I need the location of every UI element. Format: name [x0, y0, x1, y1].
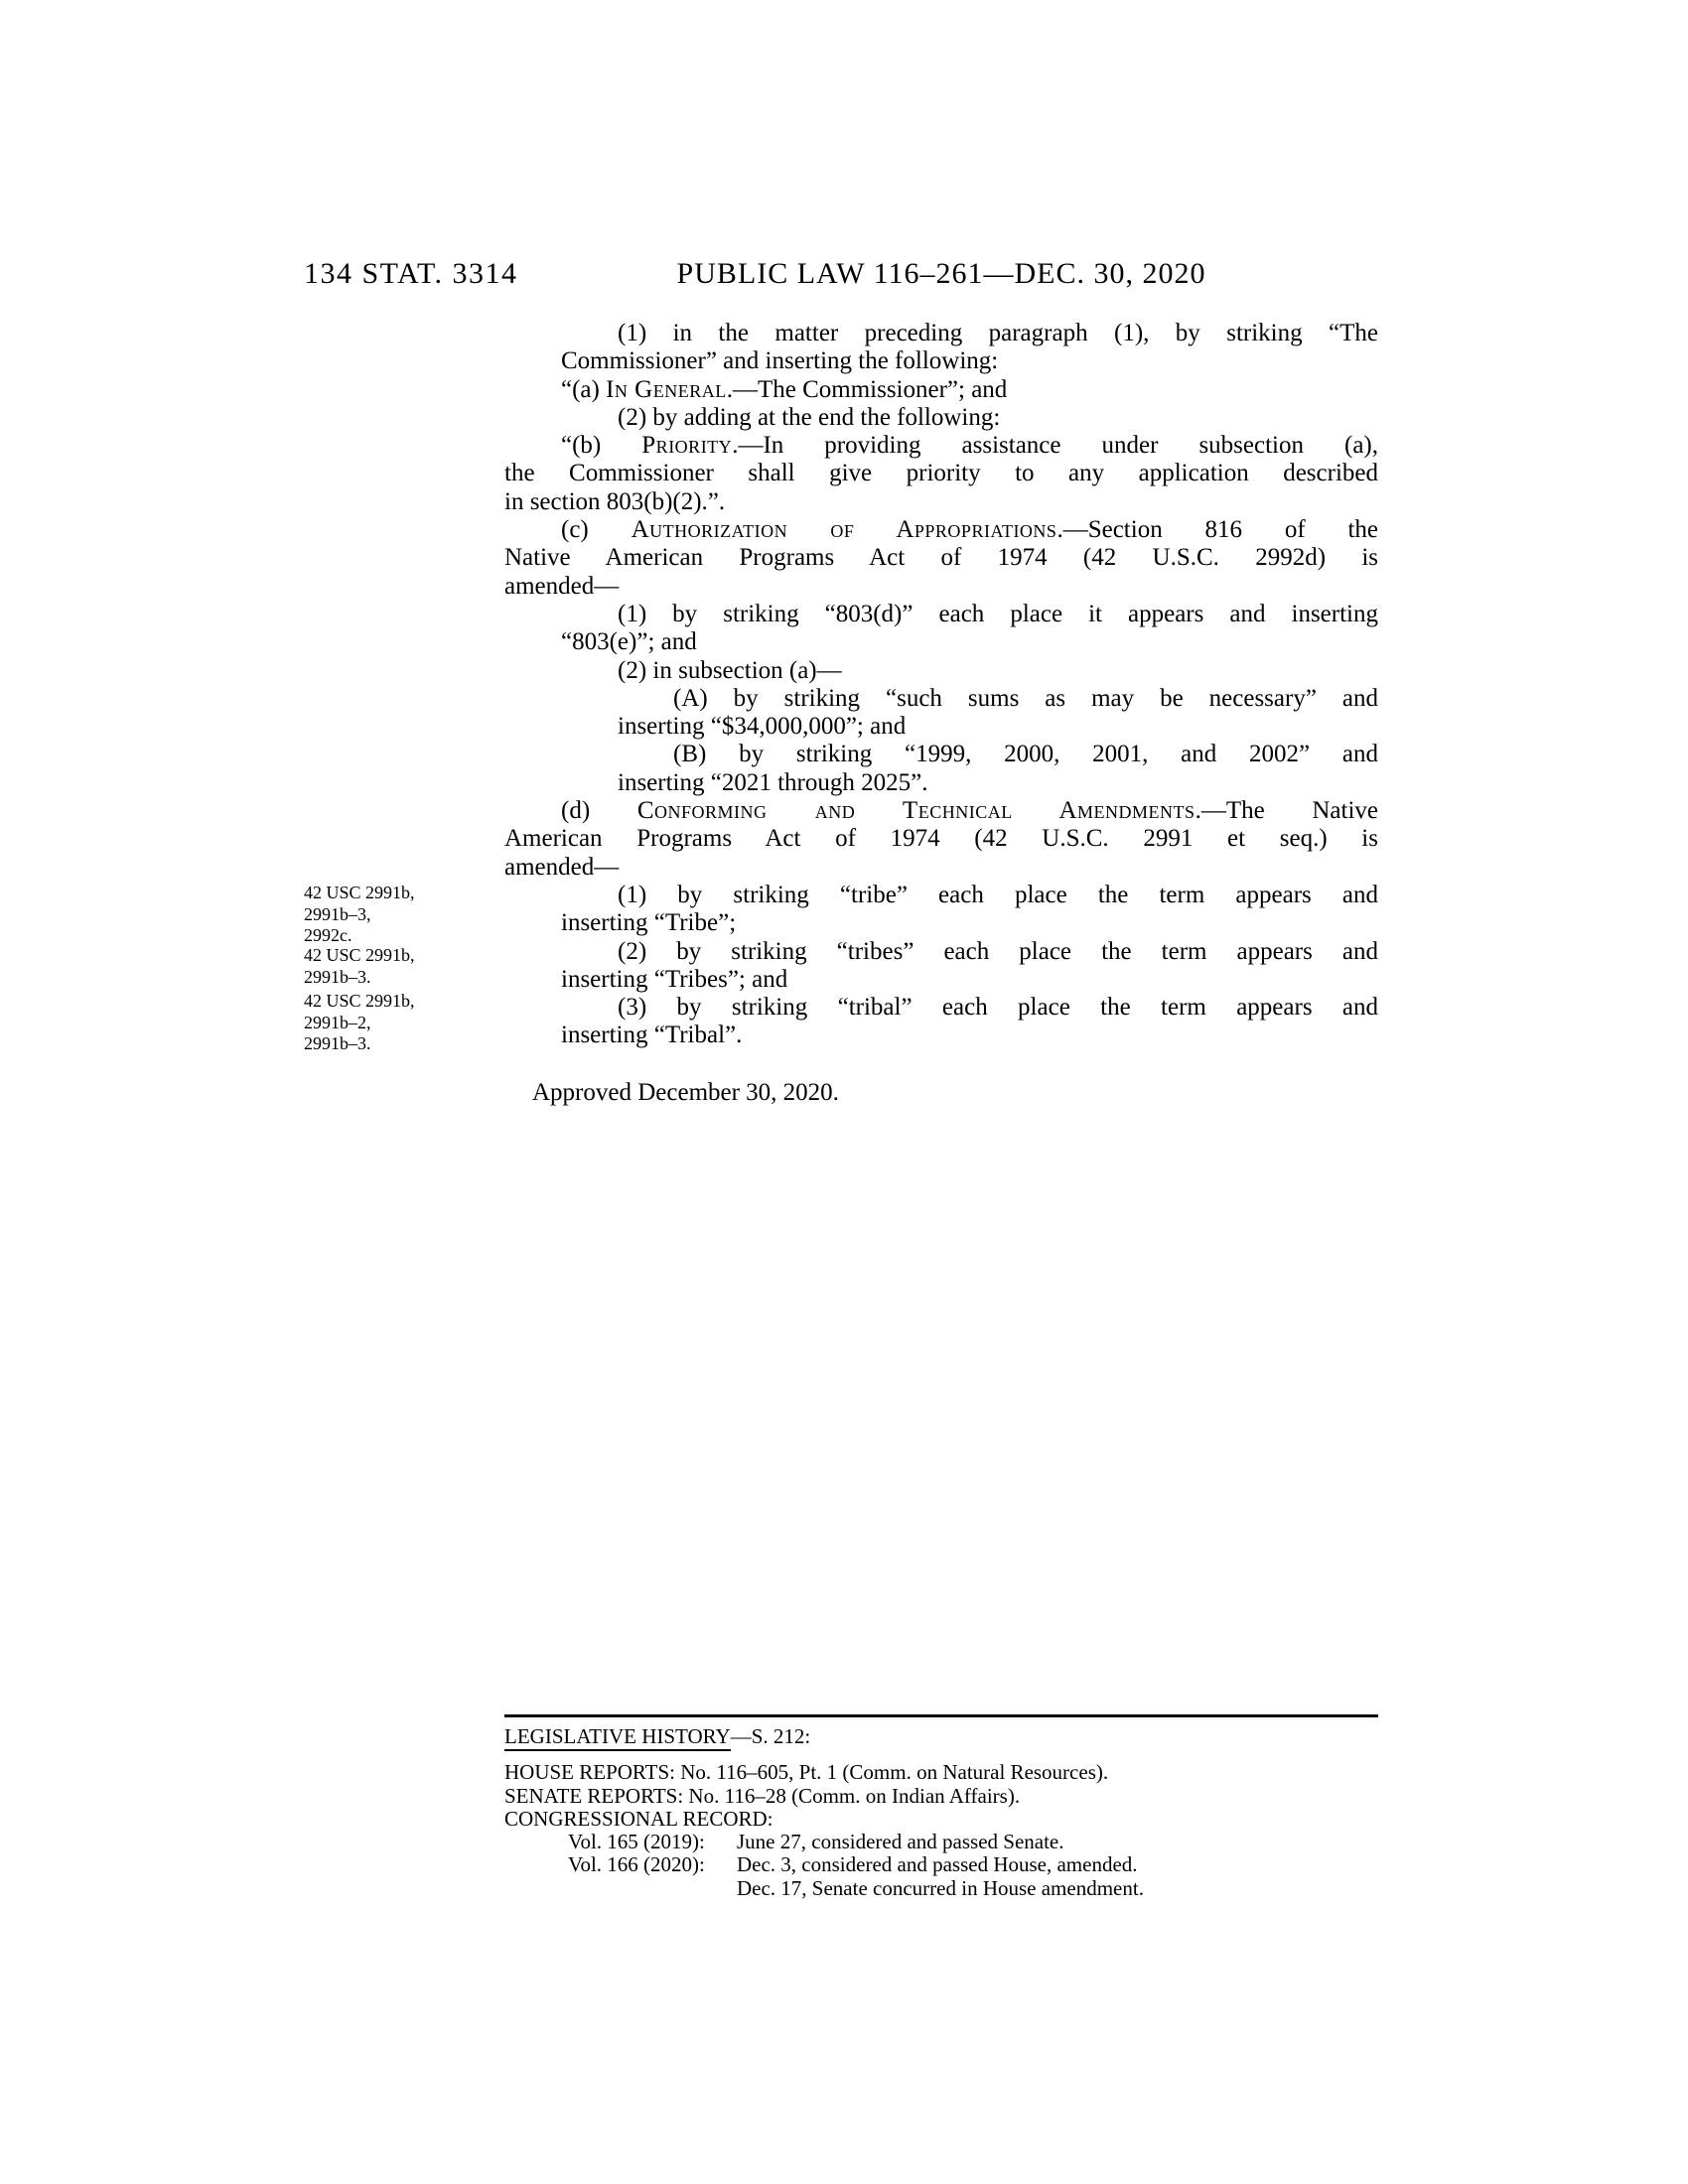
record-action-text: Dec. 3, considered and passed House, ame… [737, 1853, 1378, 1876]
statute-line: (1) by striking “803(d)” each place it a… [504, 601, 1378, 628]
statute-line: the Commissioner shall give priority to … [504, 460, 1378, 487]
margin-note-usc-citation: 42 USC 2991b, 2991b–3. [304, 945, 492, 988]
statute-line: inserting “Tribe”; [504, 909, 1378, 937]
statute-run: (c) [561, 516, 632, 543]
margin-note-line: 42 USC 2991b, [304, 945, 492, 967]
record-action-text: June 27, considered and passed Senate. [737, 1831, 1378, 1853]
statute-line: “(a) In General.—The Commissioner”; and [504, 376, 1378, 404]
statute-line: (1) in the matter preceding paragraph (1… [504, 320, 1378, 347]
congressional-record-row: Dec. 17, Senate concurred in House amend… [504, 1877, 1378, 1900]
statute-line: amended— [504, 573, 1378, 601]
approved-date-line: Approved December 30, 2020. [504, 1079, 1378, 1107]
statute-line: (2) by adding at the end the following: [504, 404, 1378, 432]
statute-line: (c) Authorization of Appropriations.—Sec… [504, 516, 1378, 544]
legislative-history-rule [504, 1714, 1378, 1717]
statute-line: Native American Programs Act of 1974 (42… [504, 544, 1378, 572]
margin-note-line: 42 USC 2991b, [304, 883, 492, 904]
record-volume-label: Vol. 166 (2020): [504, 1853, 737, 1876]
statute-line: (2) by striking “tribes” each place the … [504, 938, 1378, 966]
statute-line: (2) in subsection (a)— [504, 657, 1378, 685]
congressional-record-row: Vol. 166 (2020): Dec. 3, considered and … [504, 1853, 1378, 1876]
statute-run: .—Section 816 of the [1056, 516, 1378, 543]
congressional-record-label: CONGRESSIONAL RECORD: [504, 1808, 1378, 1831]
record-volume-label [504, 1877, 737, 1900]
senate-reports-line: SENATE REPORTS: No. 116–28 (Comm. on Ind… [504, 1785, 1378, 1808]
margin-note-line: 2991b–3. [304, 967, 492, 989]
statute-run: (d) [561, 797, 637, 824]
statute-line: (3) by striking “tribal” each place the … [504, 994, 1378, 1022]
statute-line: inserting “Tribal”. [504, 1022, 1378, 1049]
statute-line: inserting “Tribes”; and [504, 966, 1378, 994]
statute-line: inserting “2021 through 2025”. [504, 769, 1378, 797]
record-action-text: Dec. 17, Senate concurred in House amend… [737, 1877, 1378, 1900]
margin-note-usc-citation: 42 USC 2991b, 2991b–3, 2992c. [304, 883, 492, 947]
legislative-history-title-rest: —S. 212: [731, 1724, 811, 1748]
legislative-history-title-underlined: LEGISLATIVE HISTORY [504, 1724, 731, 1751]
statute-smallcaps-heading: Priority [641, 432, 732, 459]
statute-line: (d) Conforming and Technical Amendments.… [504, 797, 1378, 825]
statute-run: .—The Native [1196, 797, 1378, 824]
statute-line: “(b) Priority.—In providing assistance u… [504, 432, 1378, 460]
statute-smallcaps-heading: Conforming and Technical Amendments [637, 797, 1196, 824]
public-law-header: PUBLIC LAW 116–261—DEC. 30, 2020 [504, 258, 1378, 290]
statute-line: amended— [504, 854, 1378, 882]
statute-line: (A) by striking “such sums as may be nec… [504, 685, 1378, 713]
house-reports-line: HOUSE REPORTS: No. 116–605, Pt. 1 (Comm.… [504, 1761, 1378, 1784]
congressional-record-row: Vol. 165 (2019): June 27, considered and… [504, 1831, 1378, 1853]
statute-line: American Programs Act of 1974 (42 U.S.C.… [504, 825, 1378, 853]
margin-note-line: 2992c. [304, 925, 492, 947]
legislative-history-title: LEGISLATIVE HISTORY—S. 212: [504, 1725, 1378, 1748]
statute-run: “(b) [561, 432, 641, 459]
statute-text-column: (1) in the matter preceding paragraph (1… [504, 320, 1378, 1050]
statute-line: in section 803(b)(2).”. [504, 488, 1378, 516]
record-volume-label: Vol. 165 (2019): [504, 1831, 737, 1853]
statute-run: .—The Commissioner”; and [727, 376, 1008, 403]
legislative-history-block: LEGISLATIVE HISTORY—S. 212: HOUSE REPORT… [504, 1725, 1378, 1900]
statute-smallcaps-heading: In General [606, 376, 727, 403]
margin-note-line: 2991b–3, [304, 904, 492, 926]
statute-line: inserting “$34,000,000”; and [504, 713, 1378, 741]
statute-run: “(a) [561, 376, 606, 403]
statute-run: .—In providing assistance under subsecti… [732, 432, 1378, 459]
margin-note-line: 2991b–3. [304, 1033, 492, 1055]
statute-line: Commissioner” and inserting the followin… [504, 347, 1378, 375]
statute-line: (1) by striking “tribe” each place the t… [504, 882, 1378, 909]
statute-page: 134 STAT. 3314 PUBLIC LAW 116–261—DEC. 3… [0, 0, 1688, 2184]
statute-smallcaps-heading: Authorization of Appropriations [632, 516, 1057, 543]
statute-line: “803(e)”; and [504, 628, 1378, 656]
stat-page-number: 134 STAT. 3314 [304, 258, 518, 290]
margin-note-line: 42 USC 2991b, [304, 991, 492, 1013]
statute-line: (B) by striking “1999, 2000, 2001, and 2… [504, 741, 1378, 768]
margin-note-usc-citation: 42 USC 2991b, 2991b–2, 2991b–3. [304, 991, 492, 1055]
margin-note-line: 2991b–2, [304, 1013, 492, 1034]
